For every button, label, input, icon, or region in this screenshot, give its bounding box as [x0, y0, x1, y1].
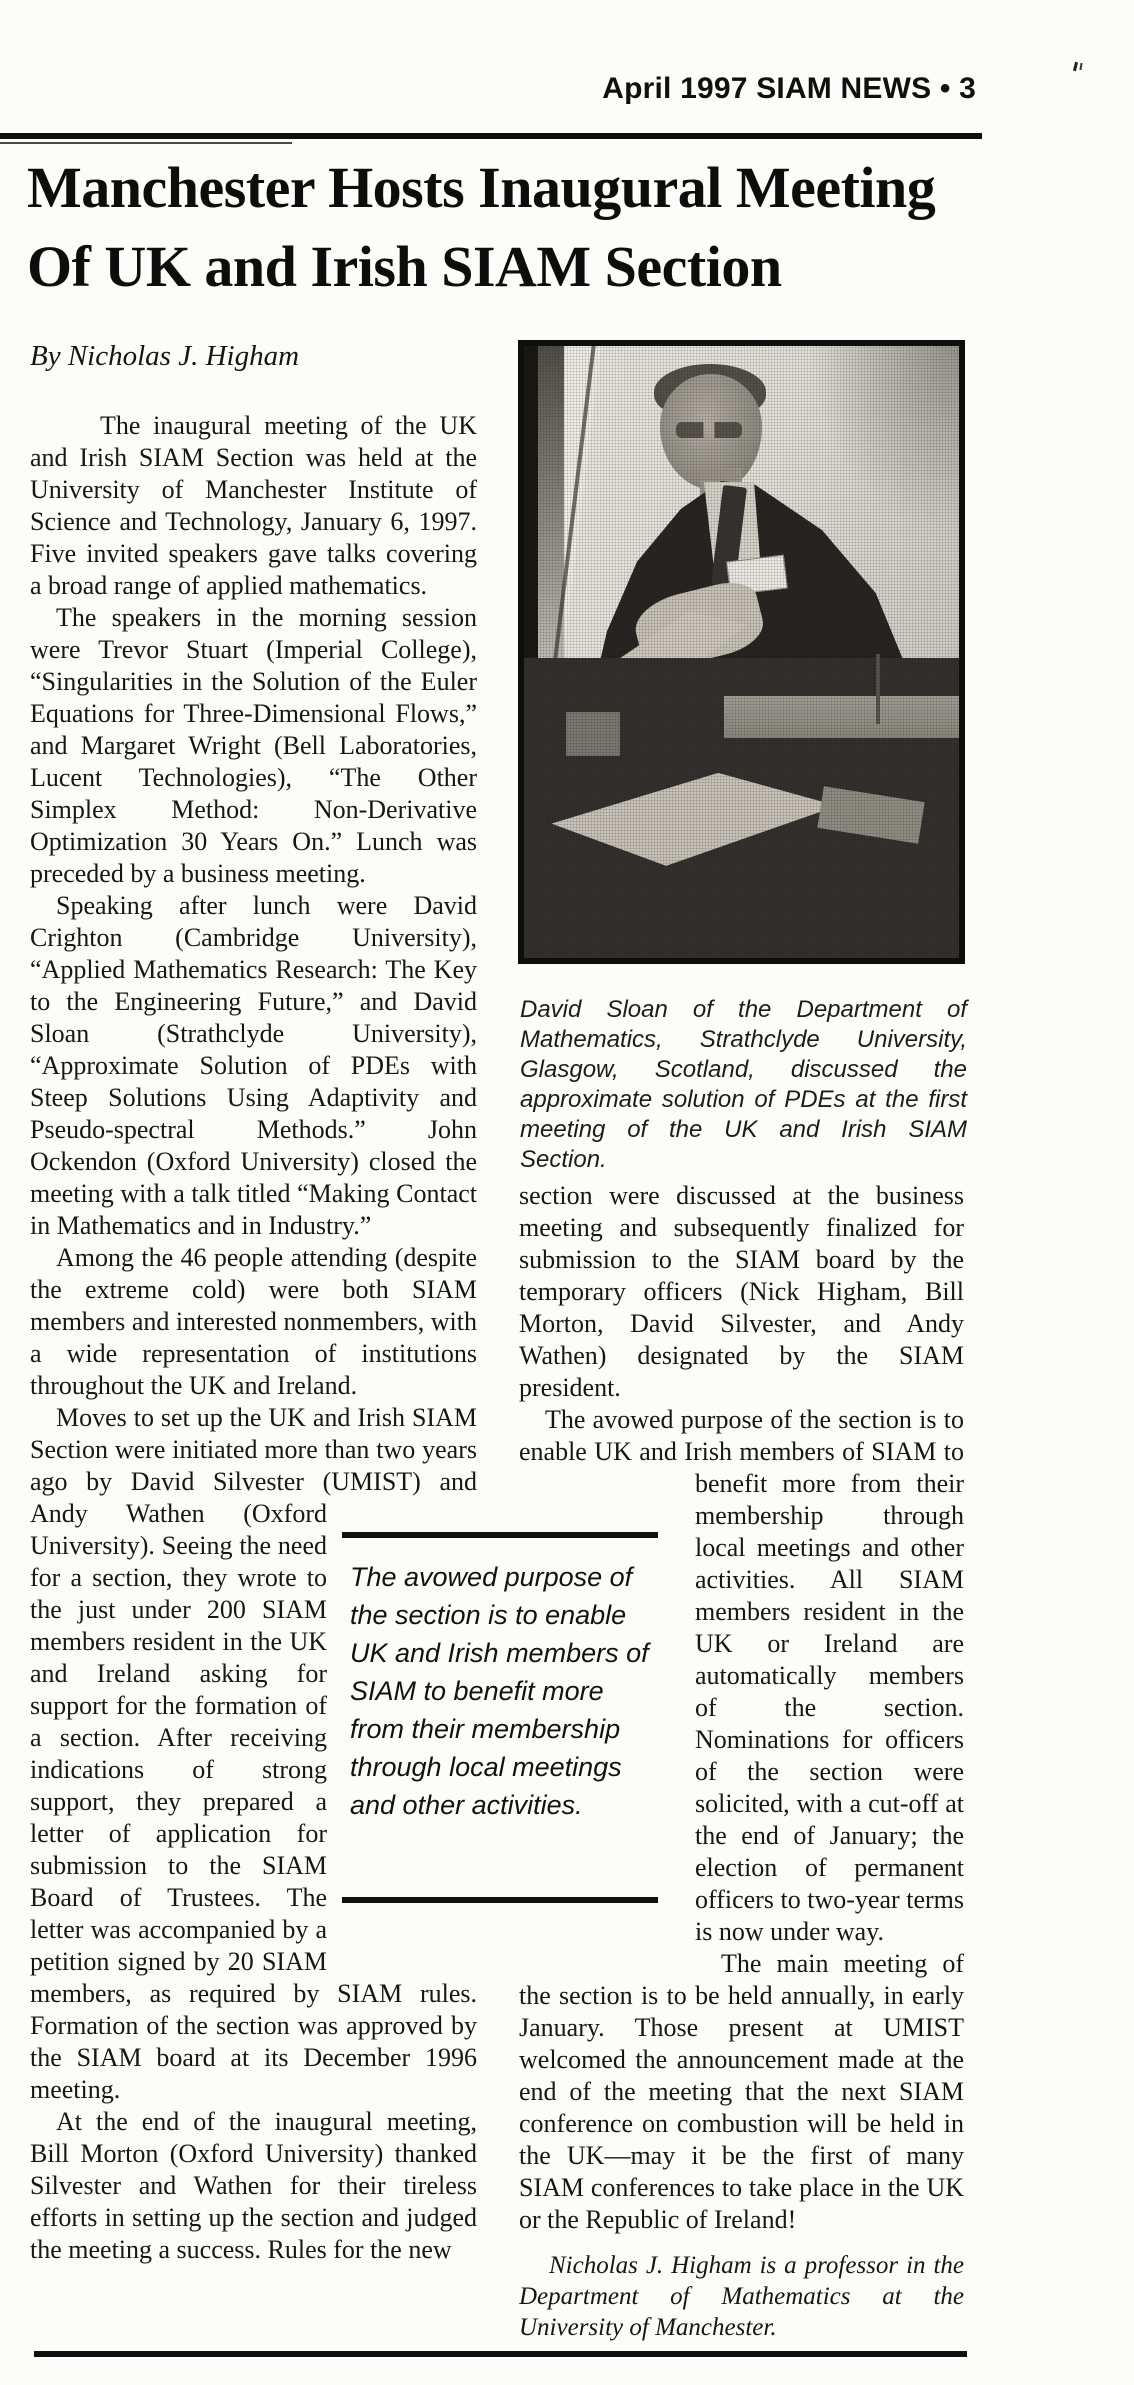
masthead: April 1997 SIAM NEWS • 3: [602, 72, 976, 106]
byline: By Nicholas J. Higham: [30, 340, 299, 373]
photo-corner-shade: [809, 346, 959, 536]
photo-left-edge-shade: [538, 346, 564, 666]
speaker-glasses: [676, 422, 742, 438]
paragraph: Among the 46 people attending (despite t…: [30, 1242, 477, 1402]
paper-on-desk: [548, 759, 842, 879]
author-bio: Nicholas J. Higham is a professor in the…: [519, 2250, 964, 2343]
photo-wall: [524, 346, 959, 658]
photo-caption: David Sloan of the Department of Mathema…: [520, 995, 967, 1175]
desk-shelf: [724, 696, 960, 738]
microphone-stand: [876, 654, 880, 724]
photo-frame: [518, 340, 965, 964]
newspaper-page: April 1997 SIAM NEWS • 3 Manchester Host…: [0, 0, 1134, 2385]
speaker-head: [660, 374, 762, 490]
paragraph: The inaugural meeting of the UK and Iris…: [30, 410, 477, 602]
speaker-hair: [654, 364, 766, 420]
speaker-neck: [700, 468, 742, 498]
headline-line-2: Of UK and Irish SIAM Section: [27, 234, 782, 299]
top-rule: [0, 133, 982, 139]
name-badge: [726, 555, 788, 596]
photo-left-edge-strip: [524, 346, 538, 958]
speaker-tie: [711, 485, 747, 587]
top-rule-secondary: [0, 142, 292, 144]
headline-line-1: Manchester Hosts Inaugural Meeting: [27, 155, 935, 220]
ink-speck: [1074, 62, 1084, 78]
projection-screen: [534, 346, 624, 658]
paragraph: The main meeting of the section is to be…: [519, 1948, 964, 2236]
desk-patch: [566, 712, 620, 756]
article-column-right: section were discussed at the business m…: [519, 1180, 964, 2345]
papers-in-hand: [613, 597, 756, 689]
speaker-hand: [629, 576, 768, 674]
paragraph: At the end of the inaugural meeting, Bil…: [30, 2106, 477, 2266]
paragraph: Speaking after lunch were David Crighton…: [30, 890, 477, 1242]
paragraph: section were discussed at the business m…: [519, 1180, 964, 1404]
article-headline: Manchester Hosts Inaugural Meeting Of UK…: [27, 148, 1047, 306]
bottom-rule: [34, 2351, 967, 2357]
paper-on-desk-2: [817, 786, 924, 843]
photo: [524, 346, 959, 958]
paragraph: The speakers in the morning session were…: [30, 602, 477, 890]
article-column-left: The inaugural meeting of the UK and Iris…: [30, 410, 477, 2345]
speaker-shirt: [696, 482, 762, 584]
pullquote-carve-right: [519, 1498, 695, 1950]
photo-desk: [524, 658, 959, 958]
speaker-suit: [580, 474, 916, 824]
screen-edge-seam: [552, 340, 597, 673]
